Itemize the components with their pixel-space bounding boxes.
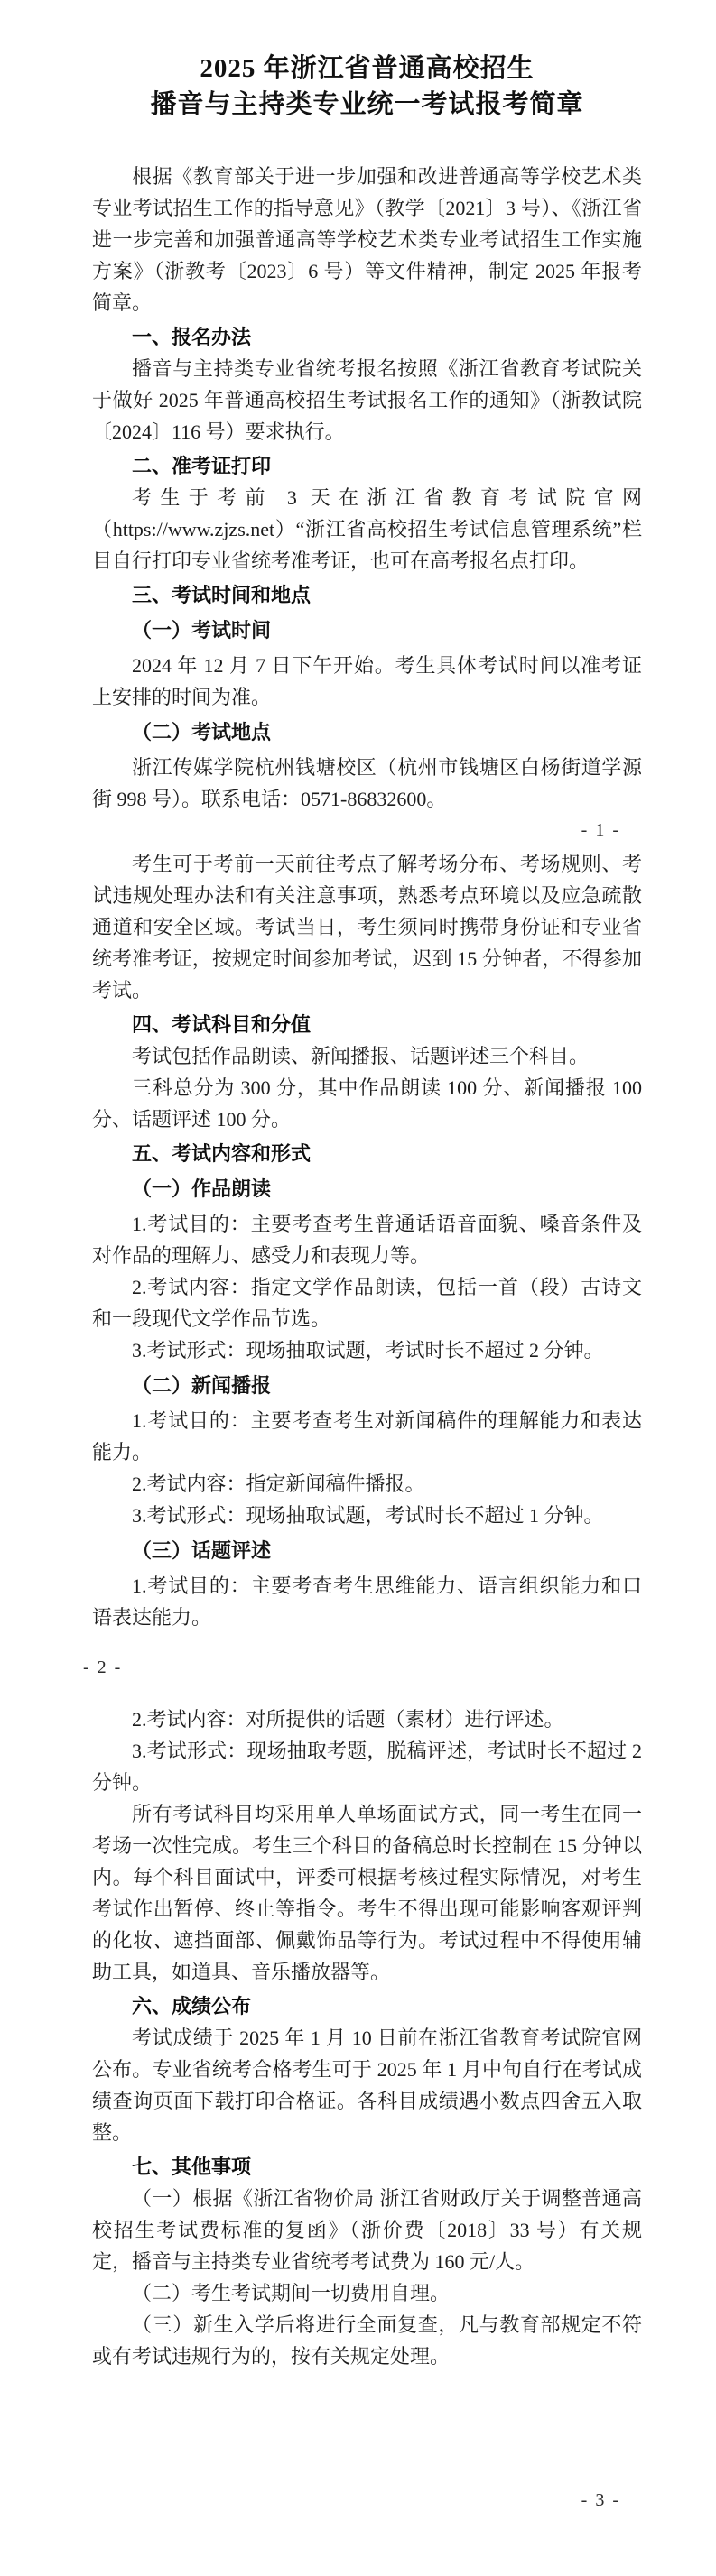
paragraph: 1.考试目的：主要考查考生普通话语音面貌、嗓音条件及对作品的理解力、感受力和表现… xyxy=(92,1208,642,1271)
document-title: 2025 年浙江省普通高校招生 播音与主持类专业统一考试报考简章 xyxy=(92,51,642,123)
paragraph: 3.考试形式：现场抽取试题，考试时长不超过 1 分钟。 xyxy=(92,1500,642,1531)
paragraph: 3.考试形式：现场抽取考题，脱稿评述，考试时长不超过 2 分钟。 xyxy=(92,1735,642,1798)
section-heading: 五、考试内容和形式 xyxy=(92,1138,642,1169)
subsection-heading: （二）考试地点 xyxy=(92,716,642,748)
paragraph: （二）考生考试期间一切费用自理。 xyxy=(92,2277,642,2309)
paragraph: 播音与主持类专业省统考报名按照《浙江省教育考试院关于做好 2025 年普通高校招… xyxy=(92,353,642,448)
paragraph: 考生可于考前一天前往考点了解考场分布、考场规则、考试违规处理办法和有关注意事项，… xyxy=(92,848,642,1006)
paragraph: 2.考试内容：指定文学作品朗读，包括一首（段）古诗文和一段现代文学作品节选。 xyxy=(92,1271,642,1334)
paragraph: 考试成绩于 2025 年 1 月 10 日前在浙江省教育考试院官网公布。专业省统… xyxy=(92,2022,642,2148)
subsection-heading: （一）作品朗读 xyxy=(92,1173,642,1205)
section-heading: 三、考试时间和地点 xyxy=(92,579,642,611)
paragraph: 2024 年 12 月 7 日下午开始。考生具体考试时间以准考证上安排的时间为准… xyxy=(92,650,642,713)
page-number: - 3 - xyxy=(581,2487,620,2514)
paragraph: 2.考试内容：指定新闻稿件播报。 xyxy=(92,1468,642,1500)
section-heading: 六、成绩公布 xyxy=(92,1990,642,2022)
section-heading: 四、考试科目和分值 xyxy=(92,1009,642,1040)
page-number: - 2 - xyxy=(83,1654,122,1681)
section-heading: 一、报名办法 xyxy=(92,321,642,353)
paragraph: 考试包括作品朗读、新闻播报、话题评述三个科目。 xyxy=(92,1040,642,1072)
document-title-line-1: 2025 年浙江省普通高校招生 xyxy=(92,51,642,87)
paragraph: 3.考试形式：现场抽取试题，考试时长不超过 2 分钟。 xyxy=(92,1334,642,1366)
subsection-heading: （三）话题评述 xyxy=(92,1535,642,1566)
paragraph: 所有考试科目均采用单人单场面试方式，同一考生在同一考场一次性完成。考生三个科目的… xyxy=(92,1798,642,1988)
paragraph: 1.考试目的：主要考查考生思维能力、语言组织能力和口语表达能力。 xyxy=(92,1570,642,1633)
paragraph: 2.考试内容：对所提供的话题（素材）进行评述。 xyxy=(92,1703,642,1735)
paragraph: （一）根据《浙江省物价局 浙江省财政厅关于调整普通高校招生考试费标准的复函》（浙… xyxy=(92,2183,642,2277)
page-3: 2.考试内容：对所提供的话题（素材）进行评述。 3.考试形式：现场抽取考题，脱稿… xyxy=(0,1699,716,2576)
paragraph: 根据《教育部关于进一步加强和改进普通高等学校艺术类专业考试招生工作的指导意见》（… xyxy=(92,161,642,319)
paragraph: 三科总分为 300 分，其中作品朗读 100 分、新闻播报 100 分、话题评述… xyxy=(92,1072,642,1135)
section-heading: 二、准考证打印 xyxy=(92,450,642,482)
paragraph: 浙江传媒学院杭州钱塘校区（杭州市钱塘区白杨街道学源街 998 号）。联系电话：0… xyxy=(92,752,642,815)
paragraph: 1.考试目的：主要考查考生对新闻稿件的理解能力和表达能力。 xyxy=(92,1405,642,1468)
section-heading: 七、其他事项 xyxy=(92,2151,642,2183)
document-title-line-2: 播音与主持类专业统一考试报考简章 xyxy=(92,87,642,123)
subsection-heading: （一）考试时间 xyxy=(92,614,642,646)
page-number: - 1 - xyxy=(581,817,620,844)
paragraph: 考生于考前 3 天在浙江省教育考试院官网（https://www.zjzs.ne… xyxy=(92,482,642,577)
page-1: 2025 年浙江省普通高校招生 播音与主持类专业统一考试报考简章 根据《教育部关… xyxy=(0,0,716,846)
announcement-document: 2025 年浙江省普通高校招生 播音与主持类专业统一考试报考简章 根据《教育部关… xyxy=(0,0,716,2576)
subsection-heading: （二）新闻播报 xyxy=(92,1370,642,1401)
paragraph: （三）新生入学后将进行全面复查，凡与教育部规定不符或有考试违规行为的，按有关规定… xyxy=(92,2309,642,2372)
page-2: 考生可于考前一天前往考点了解考场分布、考场规则、考试违规处理办法和有关注意事项，… xyxy=(0,846,716,1699)
